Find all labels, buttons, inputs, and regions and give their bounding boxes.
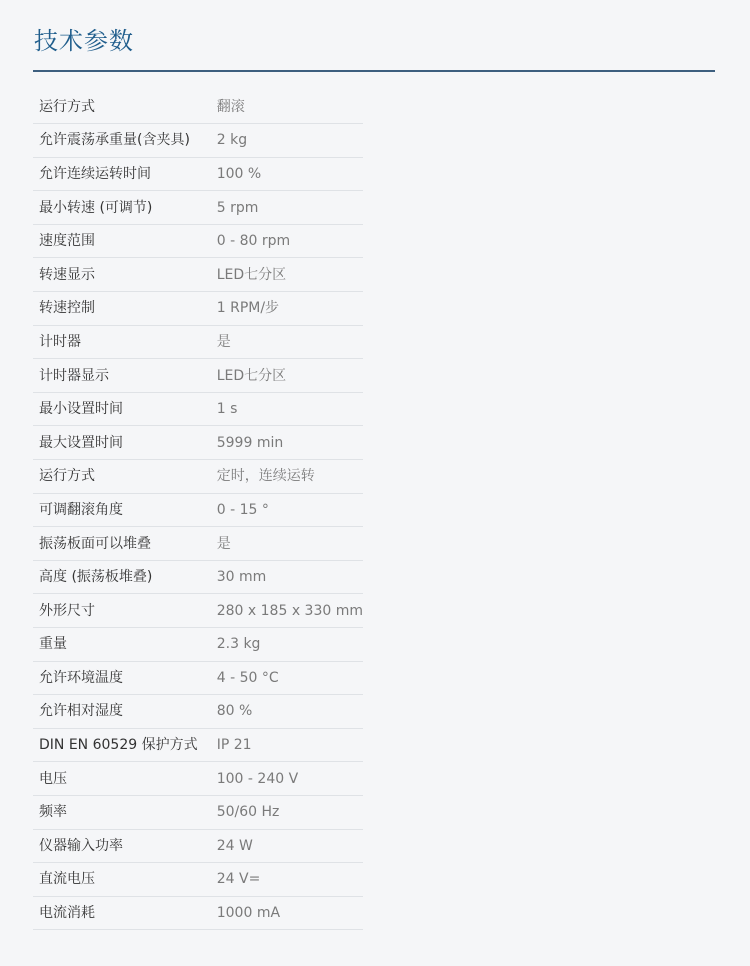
spec-value: 1 s	[217, 392, 363, 426]
spec-label: 允许相对湿度	[33, 695, 217, 729]
spec-value: 100 - 240 V	[217, 762, 363, 796]
spec-label: 允许连续运转时间	[33, 157, 217, 191]
spec-value: IP 21	[217, 728, 363, 762]
spec-label: 转速控制	[33, 292, 217, 326]
spec-row: 最小设置时间1 s	[33, 392, 363, 426]
spec-label: 最小设置时间	[33, 392, 217, 426]
spec-row: 运行方式定时，连续运转	[33, 460, 363, 494]
spec-label: 外形尺寸	[33, 594, 217, 628]
spec-label: 允许环境温度	[33, 661, 217, 695]
spec-row: 运行方式翻滚	[33, 90, 363, 124]
spec-value: 50/60 Hz	[217, 795, 363, 829]
spec-row: 高度 (振荡板堆叠)30 mm	[33, 560, 363, 594]
spec-row: 允许相对湿度80 %	[33, 695, 363, 729]
spec-label: 电流消耗	[33, 896, 217, 930]
spec-value: 100 %	[217, 157, 363, 191]
spec-table-body: 运行方式翻滚允许震荡承重量(含夹具)2 kg允许连续运转时间100 %最小转速 …	[33, 90, 363, 930]
spec-label: 仪器输入功率	[33, 829, 217, 863]
spec-row: 转速控制1 RPM/步	[33, 292, 363, 326]
spec-value: 30 mm	[217, 560, 363, 594]
spec-value: LED七分区	[217, 359, 363, 393]
spec-value: 2 kg	[217, 124, 363, 158]
spec-row: 电流消耗1000 mA	[33, 896, 363, 930]
spec-label: 最大设置时间	[33, 426, 217, 460]
spec-row: 速度范围0 - 80 rpm	[33, 224, 363, 258]
spec-value: 24 W	[217, 829, 363, 863]
spec-value: LED七分区	[217, 258, 363, 292]
spec-row: 可调翻滚角度0 - 15 °	[33, 493, 363, 527]
spec-row: 重量2.3 kg	[33, 628, 363, 662]
spec-label: 重量	[33, 628, 217, 662]
spec-value: 是	[217, 325, 363, 359]
spec-value: 5999 min	[217, 426, 363, 460]
spec-row: 外形尺寸280 x 185 x 330 mm	[33, 594, 363, 628]
spec-row: 计时器显示LED七分区	[33, 359, 363, 393]
spec-row: 计时器是	[33, 325, 363, 359]
spec-label: 电压	[33, 762, 217, 796]
spec-label: 允许震荡承重量(含夹具)	[33, 124, 217, 158]
spec-value: 翻滚	[217, 90, 363, 124]
spec-label: 频率	[33, 795, 217, 829]
title-divider	[33, 70, 715, 72]
spec-label: DIN EN 60529 保护方式	[33, 728, 217, 762]
spec-row: 最大设置时间5999 min	[33, 426, 363, 460]
spec-label: 速度范围	[33, 224, 217, 258]
section-title: 技术参数	[34, 24, 134, 58]
spec-label: 运行方式	[33, 90, 217, 124]
spec-row: 振荡板面可以堆叠是	[33, 527, 363, 561]
spec-row: 允许连续运转时间100 %	[33, 157, 363, 191]
spec-value: 280 x 185 x 330 mm	[217, 594, 363, 628]
spec-value: 5 rpm	[217, 191, 363, 225]
spec-value: 1 RPM/步	[217, 292, 363, 326]
spec-table: 运行方式翻滚允许震荡承重量(含夹具)2 kg允许连续运转时间100 %最小转速 …	[33, 90, 363, 930]
spec-value: 定时，连续运转	[217, 460, 363, 494]
spec-value: 0 - 15 °	[217, 493, 363, 527]
spec-label: 可调翻滚角度	[33, 493, 217, 527]
spec-value: 2.3 kg	[217, 628, 363, 662]
spec-value: 1000 mA	[217, 896, 363, 930]
spec-label: 运行方式	[33, 460, 217, 494]
spec-label: 直流电压	[33, 863, 217, 897]
spec-row: 仪器输入功率24 W	[33, 829, 363, 863]
spec-label: 计时器显示	[33, 359, 217, 393]
spec-row: 最小转速 (可调节)5 rpm	[33, 191, 363, 225]
spec-value: 4 - 50 °C	[217, 661, 363, 695]
spec-row: 直流电压24 V=	[33, 863, 363, 897]
spec-label: 转速显示	[33, 258, 217, 292]
spec-value: 是	[217, 527, 363, 561]
spec-row: 允许震荡承重量(含夹具)2 kg	[33, 124, 363, 158]
spec-value: 0 - 80 rpm	[217, 224, 363, 258]
spec-row: 转速显示LED七分区	[33, 258, 363, 292]
spec-row: 频率50/60 Hz	[33, 795, 363, 829]
spec-label: 高度 (振荡板堆叠)	[33, 560, 217, 594]
spec-value: 24 V=	[217, 863, 363, 897]
spec-label: 最小转速 (可调节)	[33, 191, 217, 225]
spec-label: 计时器	[33, 325, 217, 359]
spec-value: 80 %	[217, 695, 363, 729]
spec-row: 电压100 - 240 V	[33, 762, 363, 796]
spec-row: 允许环境温度4 - 50 °C	[33, 661, 363, 695]
spec-label: 振荡板面可以堆叠	[33, 527, 217, 561]
spec-row: DIN EN 60529 保护方式IP 21	[33, 728, 363, 762]
